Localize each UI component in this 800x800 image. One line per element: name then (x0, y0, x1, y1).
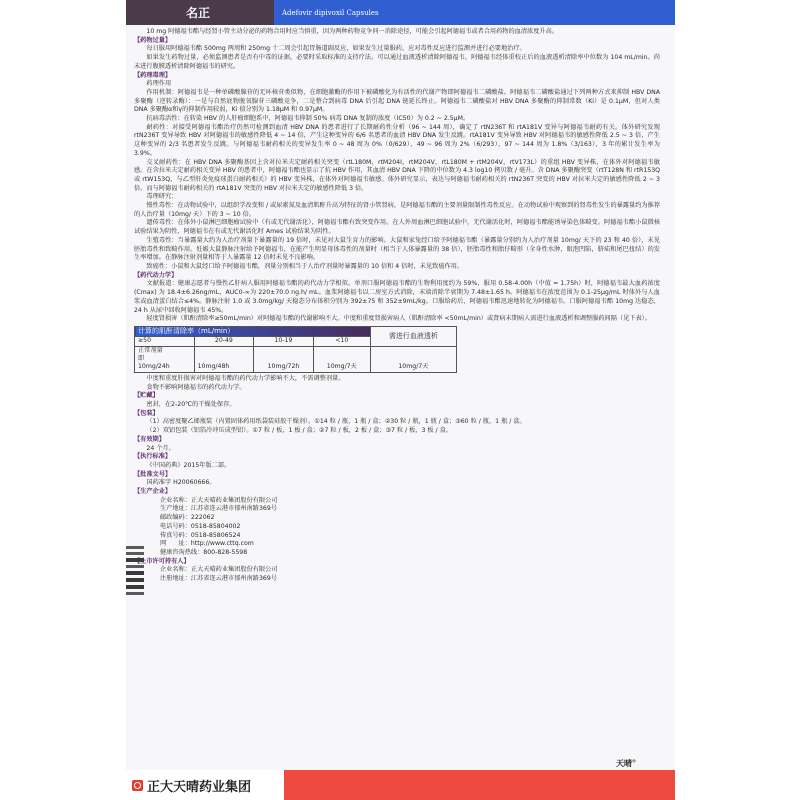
overdose-text: 每日服用阿德福韦酯 500mg 两周和 250mg 十二周会引起胃肠道副反应，如… (134, 45, 660, 54)
toxicology-text: 致癌性：小鼠和大鼠经口给予阿德福韦酯，剂量分别相当于人治疗剂量时暴露量的 10 … (134, 263, 660, 272)
validity-text: 24 个月。 (134, 445, 660, 454)
table-cell: 10mg/48h (194, 346, 254, 372)
subsection-title: 毒理研究： (134, 193, 660, 202)
leaflet-header: 名正 Adefovir dipivoxil Capsules (126, 0, 675, 25)
brand-name: 名正 (174, 0, 222, 25)
side-bars-decoration (126, 546, 144, 598)
section-title-pharmacology: 【药理毒理】 (134, 72, 660, 81)
footer-red-band (284, 770, 675, 800)
table-cell: 10mg/7天 (313, 346, 370, 372)
pharmacokinetics-text: 轻度肾损害（肌酐清除率≥50mL/min）对阿德福韦酯的代谢影响不大。中度和重度… (134, 315, 660, 324)
subsection-title: 药理作用 (134, 80, 660, 89)
table-col-header: ≥50 (135, 336, 195, 346)
section-title-manufacturer: 【生产企业】 (134, 488, 660, 497)
holder-line: 注册地址：江苏省连云港市郁州南路369号 (134, 575, 660, 584)
pharmacology-text: 作用机制：阿德福韦是一种单磷酸腺苷的无环核苷类似物，在细胞激酶的作用下被磷酸化为… (134, 89, 660, 115)
toxicology-text: 慢性毒性：在动物试验中，以组织学改变和 / 或尿素氮及血清肌酐升高为特征的肾小管… (134, 202, 660, 219)
leaflet-content: 10 mg 阿德福韦酯与经肾小管主动分泌的药物合用时应当慎重，因为两种药物竞争同… (134, 28, 660, 584)
company-name: 正大天晴药业集团 (147, 776, 251, 795)
toxicology-text: 遗传毒性：在体外小鼠淋巴细胞瘤试验中（有或无代谢活化），阿德福韦酯有致突变作用。… (134, 219, 660, 236)
table-header-dialysis: 需进行血液透析 (370, 326, 456, 346)
holder-line: 企业名称：正大天晴药业集团股份有限公司 (134, 566, 660, 575)
pharmacokinetics-text: 文献报道：健康志愿者与慢性乙肝病人服用阿德福韦酯的药代动力学相似。单剂口服阿德福… (134, 280, 660, 315)
table-cell: 正常剂量 即10mg/24h (135, 346, 195, 372)
section-title-validity: 【有效期】 (134, 436, 660, 445)
standard-text: 《中国药典》2015年版二部。 (134, 462, 660, 471)
table-col-header: 10-19 (254, 336, 314, 346)
pharmacology-text: 抗病毒活性：在转染 HBV 的人肝瘤细胞系中，阿德福韦抑制 50% 病毒 DNA… (134, 115, 660, 124)
manufacturer-line: 电话号码：0518-85804002 (134, 523, 660, 532)
dosing-table: 计算的肌酐清除率（mL/min） 需进行血液透析 ≥50 20-49 10-19… (134, 326, 457, 373)
company-logo-icon (132, 780, 143, 791)
table-col-header: 20-49 (194, 336, 254, 346)
table-cell: 10mg/7天 (370, 346, 456, 372)
leaflet-footer: 正大天晴药业集团 (126, 770, 675, 800)
package-item: （1）高密度聚乙烯瓶装（内置固体药用纸袋装硅胶干燥剂）。①14 粒 / 瓶，1 … (134, 418, 660, 427)
table-header-clearance: 计算的肌酐清除率（mL/min） (135, 326, 371, 336)
pharmacokinetics-note: 食物不影响阿德福韦的药代动力学。 (134, 384, 660, 393)
storage-text: 密封，在2-20℃的干燥处保存。 (134, 401, 660, 410)
approval-text: 国药准字 H20060666。 (134, 479, 660, 488)
table-col-header: <10 (313, 336, 370, 346)
table-cell: 10mg/72h (254, 346, 314, 372)
product-english-name: Adefovir dipivoxil Capsules (274, 0, 675, 25)
manufacturer-line: 健康咨询热线：800-828-5598 (134, 549, 660, 558)
pharmacokinetics-note: 中度和重度肝损害对阿德福韦酯的药代动力学影响不大，不需调整剂量。 (134, 375, 660, 384)
manufacturer-line: 传真号码：0518-85806524 (134, 532, 660, 541)
manufacturer-line: 生产地址：江苏省连云港市郁州南路369号 (134, 505, 660, 514)
overdose-text: 如果发生药物过量，必须监测患者是否有中毒的证据，必要时采取标准的支持疗法。可以通… (134, 54, 660, 71)
intro-text: 10 mg 阿德福韦酯与经肾小管主动分泌的药物合用时应当慎重，因为两种药物竞争同… (134, 28, 660, 37)
brand-mark: 天晴® (616, 758, 636, 769)
pharmacology-text: 交叉耐药性：在 HBV DNA 多聚酶基因上含对拉米夫定耐药相关突变（rtL18… (134, 159, 660, 194)
section-title-standard: 【执行标准】 (134, 453, 660, 462)
manufacturer-line: 邮政编码：222062 (134, 514, 660, 523)
manufacturer-website: 网 址：http://www.cttq.com (134, 540, 660, 549)
company-logo: 正大天晴药业集团 (126, 770, 284, 800)
leaflet-page: 名正 Adefovir dipivoxil Capsules 10 mg 阿德福… (126, 0, 675, 800)
pharmacology-text: 耐药性：对接受阿德福韦酯治疗仍然可检测到血清 HBV DNA 的患者进行了长期耐… (134, 124, 660, 159)
package-item: （2）双铝包装（铝箔冷冲压成型铝）。①7 粒 / 板，1 板 / 盒；②7 粒 … (134, 427, 660, 436)
section-title-storage: 【贮藏】 (134, 392, 660, 401)
toxicology-text: 生殖毒性：当暴露量大约为人治疗剂量下暴露量的 19 倍时，未见对大鼠生育力的影响… (134, 237, 660, 263)
